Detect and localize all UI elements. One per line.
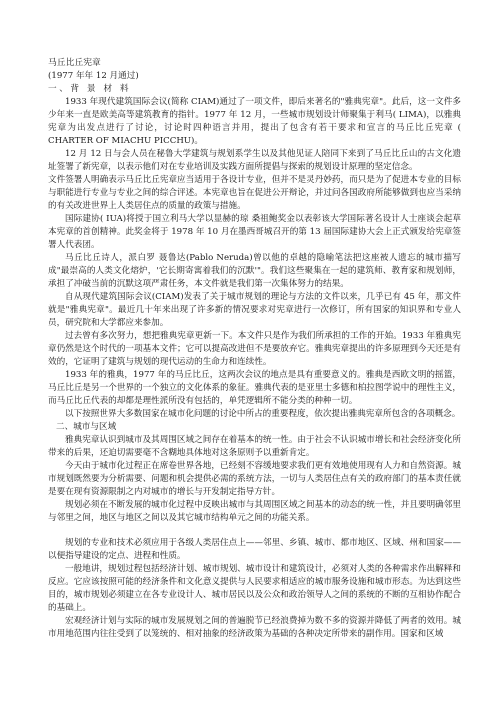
document-title: 马丘比丘宪章 — [48, 57, 461, 70]
paragraph: 以下按照世界大多数国家在城市化问题的讨论中所占的重要程度，依次提出雅典宪章所包含… — [48, 408, 461, 421]
document-subtitle: (1977 年年 12 月通过) — [48, 70, 461, 83]
paragraph: 规划必须在不断发展的城市化过程中反映出城市与其周围区域之间基本的动态的统一性，并… — [48, 499, 461, 525]
paragraph: 一般地讲，规划过程包括经济计划、城市规划、城市设计和建筑设计，必须对人类的各种需… — [48, 563, 461, 615]
paragraph: 文件签署人明确表示马丘比丘宪章应当适用于各设计专业，但并不是灵丹妙药，而只是为了… — [48, 174, 461, 213]
paragraph: 过去曾有多次努力，想把雅典宪章更新一下。本文件只是作为我们所承担的工作的开始。1… — [48, 330, 461, 369]
paragraph: 1933 年现代建筑国际会议(简称 CIAM)通过了一项文件，即后来著名的"雅典… — [48, 96, 461, 148]
section-heading-city-region: 二、城市与区域 — [48, 421, 461, 434]
paragraph: 今天由于城市化过程正在席卷世界各地，已经刻不容缓地要求我们更有效地使用现有人力和… — [48, 460, 461, 499]
paragraph: 马丘比丘诗人，派白罗 聂鲁达(Pablo Neruda)曾以他的卓越的隐喻笔法把… — [48, 252, 461, 291]
paragraph: 1933 年的雅典，1977 年的马丘比丘，这两次会议的地点是具有重要意义的。雅… — [48, 369, 461, 408]
paragraph: 雅典宪章认识到城市及其周围区域之间存在着基本的统一性。由于社会不认识城市增长和社… — [48, 434, 461, 460]
paragraph: 宏观经济计划与实际的城市发展规划之间的普遍脱节已经浪费掉为数不多的资源并降低了两… — [48, 615, 461, 641]
section-heading-background: 一、背 景 材 料 — [48, 83, 461, 96]
paragraph: 自从现代建筑国际会议(CIAM)发表了关于城市规划的理论与方法的文件以来，几乎已… — [48, 291, 461, 330]
paragraph: 12 月 12 日与会人员在秘鲁大学建筑与规划系学生以及其他见证人陪同下来到了马… — [48, 148, 461, 174]
paragraph: 国际建协( IUA)将授于国立利马大学以显赫的琼 桑祖鲍奖金以表彰该大学国际著名… — [48, 213, 461, 252]
paragraph: 规划的专业和技术必须应用于各级人类居住点上——邻里、乡镇、城市、都市地区、区域、… — [48, 537, 461, 563]
document-page: 马丘比丘宪章 (1977 年年 12 月通过) 一、背 景 材 料 1933 年… — [48, 57, 461, 641]
blank-line — [48, 525, 461, 537]
